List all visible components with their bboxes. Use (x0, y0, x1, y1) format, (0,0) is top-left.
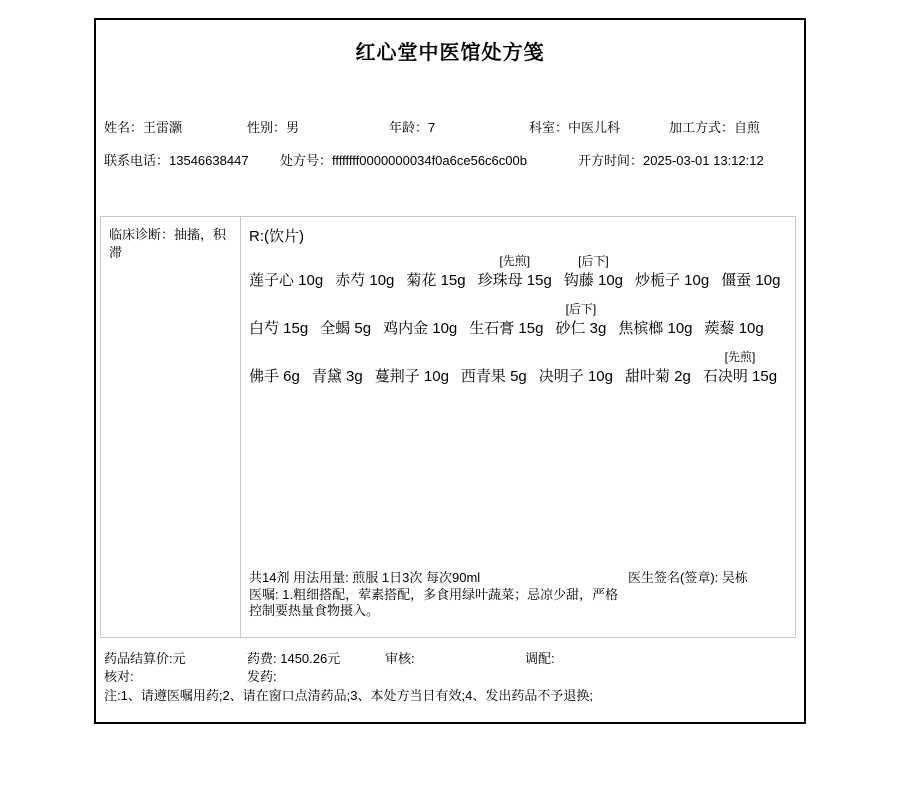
usage-block: 共14剂 用法用量: 煎服 1日3次 每次90ml 医生签名(签章): 吴栋 医… (249, 569, 789, 619)
herb-item: [先煎]石决明 15g (703, 349, 777, 387)
check-field: 核对: (104, 666, 134, 685)
herb-item: [后下]砂仁 3g (555, 301, 606, 339)
herb-line: 白芍 15g全蝎 5g鸡内金 10g生石膏 15g[后下]砂仁 3g焦槟榔 10… (249, 301, 795, 339)
herb-item: [后下]钩藤 10g (564, 253, 623, 291)
herb-name-dose: 珍珠母 15g (478, 270, 552, 291)
patient-gender-value: 男 (286, 120, 299, 135)
herb-decoction-tag: [后下] (566, 301, 597, 318)
patient-dept-label: 科室： (529, 120, 568, 135)
herb-name-dose: 钩藤 10g (564, 270, 623, 291)
rx-header: R:(饮片) (249, 228, 795, 246)
diagnosis-cell: 临床诊断：抽搐，积滞 (101, 217, 241, 637)
herb-name-dose: 甜叶菊 2g (625, 366, 691, 387)
herb-decoction-tag: [后下] (578, 253, 609, 270)
herb-name-dose: 蔓荆子 10g (375, 366, 449, 387)
phone-value: 13546638447 (169, 153, 249, 168)
audit-field: 审核: (385, 648, 415, 667)
herb-name-dose: 青黛 3g (312, 366, 363, 387)
herb-name-dose: 决明子 10g (539, 366, 613, 387)
page-title: 红心堂中医馆处方笺 (96, 36, 804, 65)
herb-name-dose: 佛手 6g (249, 366, 300, 387)
herb-item: 赤芍 10g (335, 253, 394, 291)
phone-label: 联系电话： (104, 153, 169, 168)
patient-age-label: 年龄： (389, 120, 428, 135)
herb-item: 青黛 3g (312, 349, 363, 387)
processing-method-label: 加工方式： (669, 120, 734, 135)
herb-decoction-tag: [先煎] (499, 253, 530, 270)
diagnosis-label: 临床诊断： (109, 227, 174, 242)
herb-item: 西青果 5g (461, 349, 527, 387)
herb-line: 佛手 6g青黛 3g蔓荆子 10g西青果 5g决明子 10g甜叶菊 2g[先煎]… (249, 349, 795, 387)
dispense-field: 调配: (525, 648, 555, 667)
herb-item: 生石膏 15g (469, 301, 543, 339)
patient-gender-field: 性别：男 (247, 117, 299, 136)
herb-name-dose: 赤芍 10g (335, 270, 394, 291)
phone-field: 联系电话：13546638447 (104, 150, 249, 169)
processing-method-value: 自煎 (734, 120, 760, 135)
herb-name-dose: 砂仁 3g (555, 318, 606, 339)
dose-info: 共14剂 用法用量: 煎服 1日3次 每次90ml (249, 570, 480, 585)
herb-name-dose: 西青果 5g (461, 366, 527, 387)
drug-fee-value: 1450.26元 (280, 651, 340, 666)
patient-dept-value: 中医儿科 (568, 120, 620, 135)
herb-line: 莲子心 10g赤芍 10g菊花 15g[先煎]珍珠母 15g[后下]钩藤 10g… (249, 253, 795, 291)
issue-time-label: 开方时间： (578, 153, 643, 168)
drug-fee-field: 药费: 1450.26元 (247, 648, 340, 667)
rx-number-value: ffffffff0000000034f0a6ce56c6c00b (332, 153, 527, 168)
issue-drug-field: 发药: (247, 666, 277, 685)
herb-decoction-tag: [先煎] (725, 349, 756, 366)
herb-name-dose: 莲子心 10g (249, 270, 323, 291)
prescription-table: 临床诊断：抽搐，积滞 R:(饮片) 莲子心 10g赤芍 10g菊花 15g[先煎… (100, 216, 796, 638)
patient-gender-label: 性别： (247, 120, 286, 135)
doctor-signature-name: 吴栋 (722, 570, 748, 585)
herb-item: 白芍 15g (249, 301, 308, 339)
issue-time-field: 开方时间：2025-03-01 13:12:12 (578, 150, 764, 169)
herb-item: [先煎]珍珠母 15g (478, 253, 552, 291)
herb-name-dose: 鸡内金 10g (383, 318, 457, 339)
doctor-signature: 医生签名(签章): 吴栋 (628, 569, 748, 586)
herb-name-dose: 焦槟榔 10g (618, 318, 692, 339)
herb-name-dose: 石决明 15g (703, 366, 777, 387)
processing-method-field: 加工方式：自煎 (669, 117, 760, 136)
herb-item: 焦槟榔 10g (618, 301, 692, 339)
herb-item: 佛手 6g (249, 349, 300, 387)
patient-age-field: 年龄：7 (389, 117, 435, 136)
herb-item: 菊花 15g (406, 253, 465, 291)
patient-age-value: 7 (428, 120, 435, 135)
herb-name-dose: 白芍 15g (249, 318, 308, 339)
herb-name-dose: 蒺藜 10g (705, 318, 764, 339)
rx-lines: 莲子心 10g赤芍 10g菊花 15g[先煎]珍珠母 15g[后下]钩藤 10g… (249, 253, 795, 387)
patient-name-value: 王雷灏 (143, 120, 182, 135)
rx-number-field: 处方号：ffffffff0000000034f0a6ce56c6c00b (280, 150, 527, 169)
herb-item: 鸡内金 10g (383, 301, 457, 339)
footer-note: 注:1、请遵医嘱用药;2、请在窗口点清药品;3、本处方当日有效;4、发出药品不予… (104, 685, 593, 704)
herb-item: 全蝎 5g (320, 301, 371, 339)
doctor-signature-label: 医生签名(签章): (628, 570, 722, 585)
herb-name-dose: 生石膏 15g (469, 318, 543, 339)
herb-name-dose: 僵蚕 10g (721, 270, 780, 291)
patient-dept-field: 科室：中医儿科 (529, 117, 620, 136)
herb-item: 莲子心 10g (249, 253, 323, 291)
prescription-page: { "title": "红心堂中医馆处方笺", "patient": { "na… (0, 0, 900, 800)
dose-row: 共14剂 用法用量: 煎服 1日3次 每次90ml 医生签名(签章): 吴栋 (249, 569, 789, 586)
medical-advice: 医嘱: 1.粗细搭配，荤素搭配，多食用绿叶蔬菜；忌凉少甜，严格控制要热量食物摄入… (249, 587, 627, 619)
herb-item: 炒栀子 10g (635, 253, 709, 291)
herb-item: 蒺藜 10g (705, 301, 764, 339)
issue-time-value: 2025-03-01 13:12:12 (643, 153, 764, 168)
herb-name-dose: 炒栀子 10g (635, 270, 709, 291)
settle-price-field: 药品结算价:元 (104, 648, 186, 667)
herb-item: 甜叶菊 2g (625, 349, 691, 387)
herb-item: 僵蚕 10g (721, 253, 780, 291)
prescription-sheet: 红心堂中医馆处方笺 姓名：王雷灏 性别：男 年龄：7 科室：中医儿科 加工方式：… (94, 18, 806, 724)
herb-name-dose: 菊花 15g (406, 270, 465, 291)
patient-name-field: 姓名：王雷灏 (104, 117, 182, 136)
herb-name-dose: 全蝎 5g (320, 318, 371, 339)
rx-cell: R:(饮片) 莲子心 10g赤芍 10g菊花 15g[先煎]珍珠母 15g[后下… (241, 217, 795, 637)
herb-item: 蔓荆子 10g (375, 349, 449, 387)
drug-fee-label: 药费: (247, 651, 280, 666)
patient-name-label: 姓名： (104, 120, 143, 135)
herb-item: 决明子 10g (539, 349, 613, 387)
rx-number-label: 处方号： (280, 153, 332, 168)
